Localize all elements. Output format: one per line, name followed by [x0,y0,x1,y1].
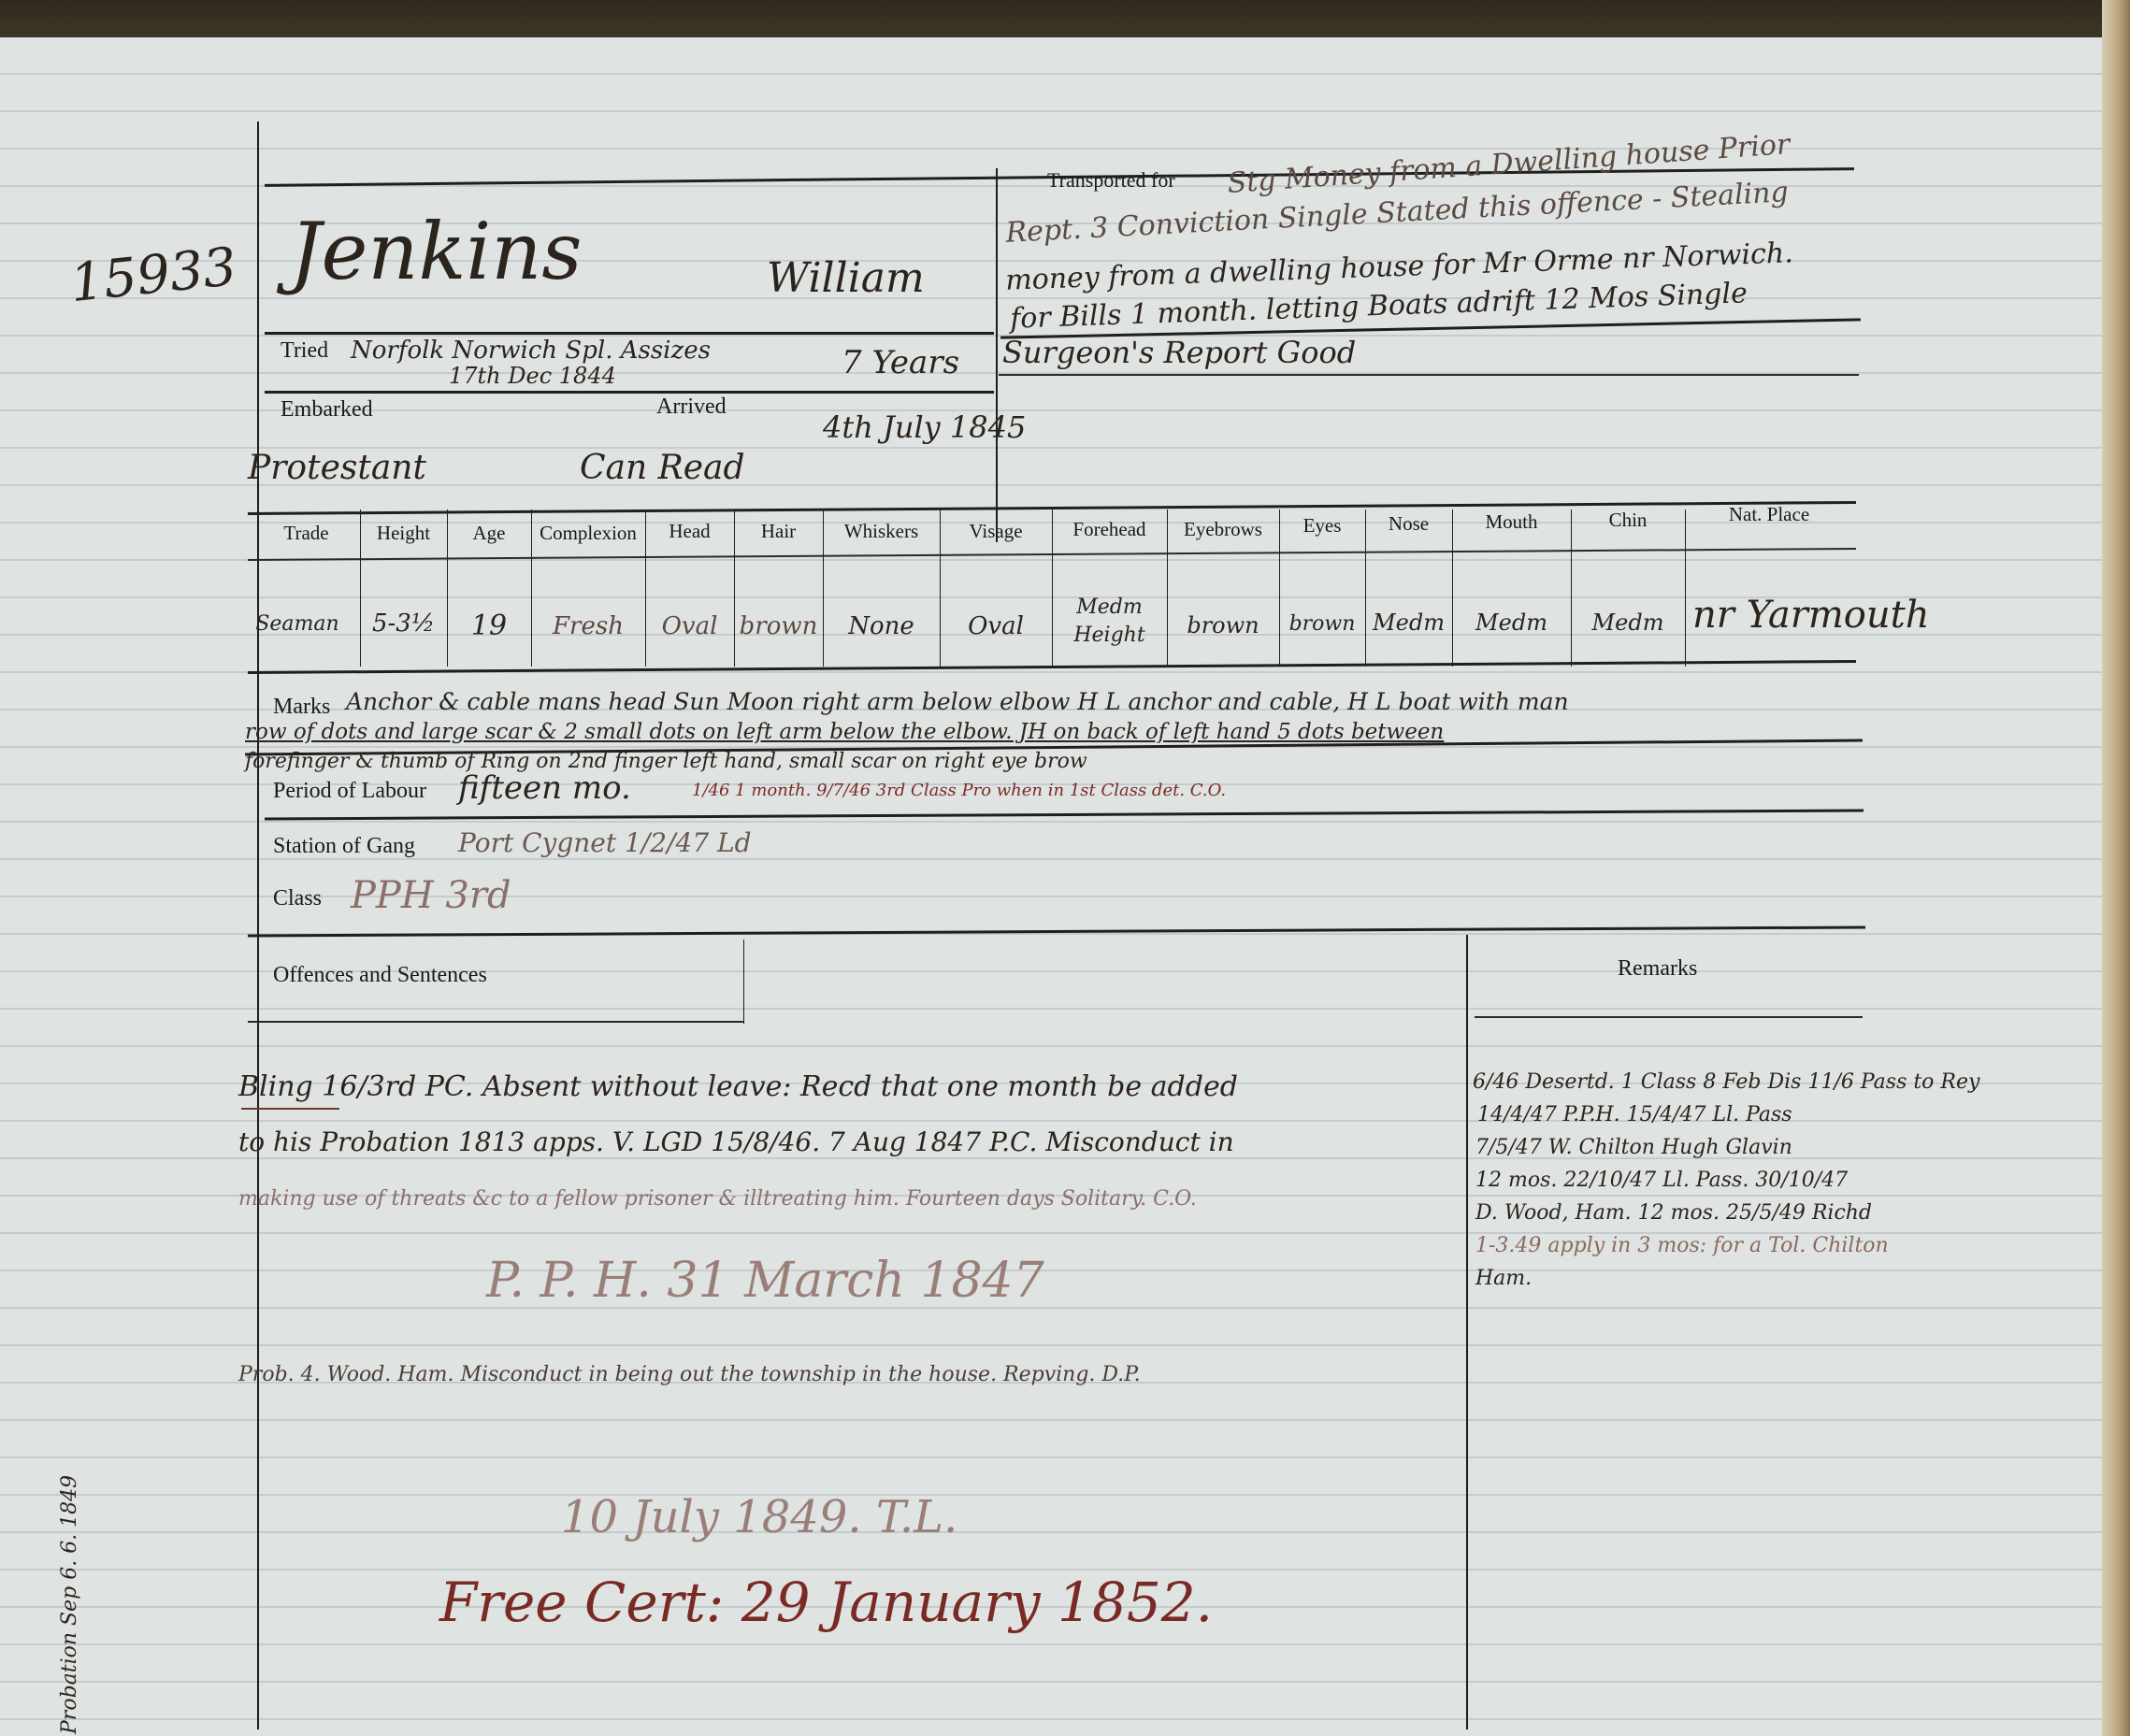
header-mouth: Mouth [1452,510,1571,534]
record-number: 15933 [67,237,239,314]
left-frame-line [257,122,259,1729]
education: Can Read [580,449,745,487]
offence-later: Prob. 4. Wood. Ham. Misconduct in being … [238,1363,1141,1386]
header-eyebrows: Eyebrows [1167,518,1279,541]
header-whiskers: Whiskers [823,520,940,543]
surname: Jenkins [290,206,582,297]
religion: Protestant [248,449,426,487]
offence-line-1: Bling 16/3rd PC. Absent without leave: R… [238,1070,1238,1103]
ledger-page: 15933 Jenkins William Transported for St… [0,37,2108,1736]
marks-line-1: Anchor & cable mans head Sun Moon right … [346,688,1569,715]
offence-line-3: making use of threats &c to a fellow pri… [238,1187,1197,1211]
value-height: 5-3½ [360,610,447,638]
value-eyes: brown [1279,612,1365,636]
book-spine-edge [2102,0,2130,1736]
station-of-gang-label: Station of Gang [273,834,415,859]
remarks-line-3: 7/5/47 W. Chilton Hugh Glavin [1475,1136,1792,1159]
offences-header-divider [743,940,744,1024]
embarked-top-line [265,391,994,394]
header-forehead: Forehead [1052,518,1167,541]
header-chin: Chin [1571,509,1685,532]
class-value: PPH 3rd [351,874,511,917]
header-nat-place: Nat. Place [1685,503,1853,526]
remarks-label: Remarks [1618,956,1697,982]
value-eyebrows: brown [1167,612,1279,638]
value-nat-place: nr Yarmouth [1692,594,1879,637]
remarks-line-7: Ham. [1475,1267,1532,1290]
value-visage: Oval [940,612,1052,640]
offence-underline-1 [241,1108,339,1110]
value-nose: Medm [1365,610,1452,636]
transported-for-label: Transported for [1047,168,1175,193]
remarks-line-6: 1-3.49 apply in 3 mos: for a Tol. Chilto… [1475,1234,1889,1257]
offence-pph: P. P. H. 31 March 1847 [486,1253,1044,1309]
remarks-line-4: 12 mos. 22/10/47 Ll. Pass. 30/10/47 [1475,1169,1848,1192]
header-eyes: Eyes [1279,514,1365,538]
remarks-header-underline [1475,1016,1863,1018]
arrived-label: Arrived [656,395,727,420]
header-complexion: Complexion [531,522,645,545]
remarks-line-5: D. Wood, Ham. 12 mos. 25/5/49 Richd [1475,1201,1872,1225]
tried-sentence: 7 Years [842,344,959,381]
remarks-divider [1466,935,1468,1729]
remarks-line-2: 14/4/47 P.P.H. 15/4/47 Ll. Pass [1477,1103,1792,1126]
marks-line-3: forefinger & thumb of Ring on 2nd finger… [245,750,1087,773]
period-of-labour-value: fifteen mo. [458,769,631,807]
period-of-labour-label: Period of Labour [273,779,426,804]
tried-place: Norfolk Norwich Spl. Assizes [351,337,711,365]
marks-line-2: row of dots and large scar & 2 small dot… [245,720,1444,744]
surgeons-report: Surgeon's Report Good [1002,335,1356,370]
header-nose: Nose [1365,512,1452,536]
arrived-date: 4th July 1845 [823,409,1026,445]
station-of-gang-value: Port Cygnet 1/2/47 Ld [458,827,752,858]
value-head: Oval [645,612,734,640]
value-mouth: Medm [1452,610,1571,636]
marks-label: Marks [273,695,330,720]
header-visage: Visage [940,520,1052,543]
period-of-labour-note: 1/46 1 month. 9/7/46 3rd Class Pro when … [692,781,1226,800]
offence-line-2: to his Probation 1813 apps. V. LGD 15/8/… [238,1126,1234,1157]
class-underline [248,925,1865,937]
col-divider [1685,509,1686,667]
labour-underline [265,810,1864,821]
value-hair: brown [734,612,823,640]
tried-date: 17th Dec 1844 [449,363,616,389]
class-label: Class [273,886,322,911]
value-complexion: Fresh [531,612,645,640]
tried-label: Tried [281,338,328,364]
header-hair: Hair [734,520,823,543]
col-divider [1571,509,1572,667]
value-chin: Medm [1571,610,1685,636]
value-age: 19 [447,610,531,642]
value-trade: Seaman [232,612,363,636]
header-age: Age [447,522,531,545]
remarks-line-1: 6/46 Desertd. 1 Class 8 Feb Dis 11/6 Pas… [1473,1070,1979,1094]
value-forehead: Medm Height [1052,594,1167,650]
name-transport-divider [996,168,998,542]
free-certificate: Free Cert: 29 January 1852. [439,1571,1213,1634]
header-trade: Trade [252,522,360,545]
margin-note-vertical: Probation Sep 6. 6. 1849 [58,1475,81,1734]
forename: William [767,254,925,302]
header-height: Height [360,522,447,545]
offences-header-underline [248,1021,743,1023]
header-head: Head [645,520,734,543]
surgeon-underline [999,374,1859,376]
value-whiskers: None [823,612,940,640]
offences-and-sentences-label: Offences and Sentences [273,963,487,988]
ticket-of-leave: 10 July 1849. T.L. [561,1491,957,1543]
embarked-label: Embarked [281,397,373,423]
tried-top-line [265,332,994,335]
